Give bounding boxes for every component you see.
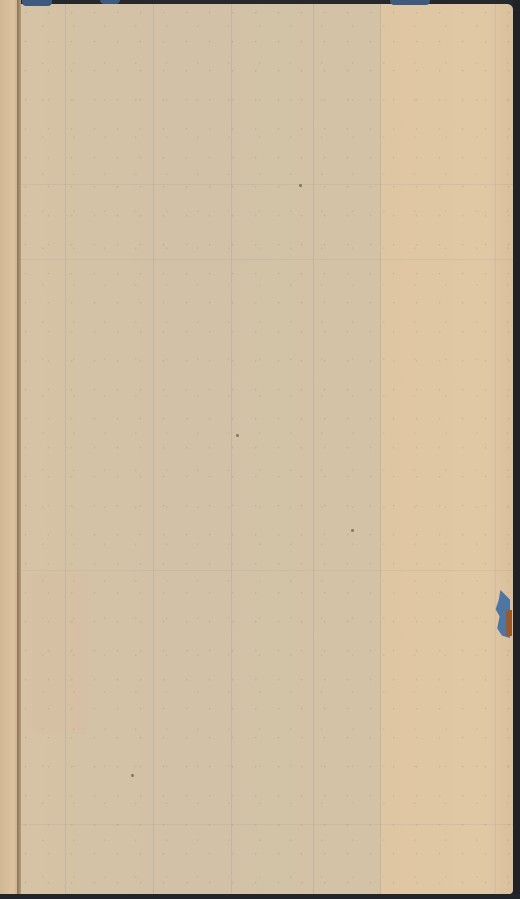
scanner-edge (513, 0, 520, 899)
scanner-edge (0, 894, 520, 899)
mount-fragment (390, 0, 430, 5)
mount-fragment (100, 0, 120, 4)
paper-speck (299, 184, 302, 187)
paper-speck (131, 774, 134, 777)
mount-tear (506, 610, 512, 636)
mount-fragment (22, 0, 52, 6)
paper-speck (236, 434, 239, 437)
scanned-page-view (0, 0, 520, 899)
paper-speck (351, 529, 354, 532)
paper-texture (21, 4, 513, 894)
ledger-page (21, 4, 513, 894)
